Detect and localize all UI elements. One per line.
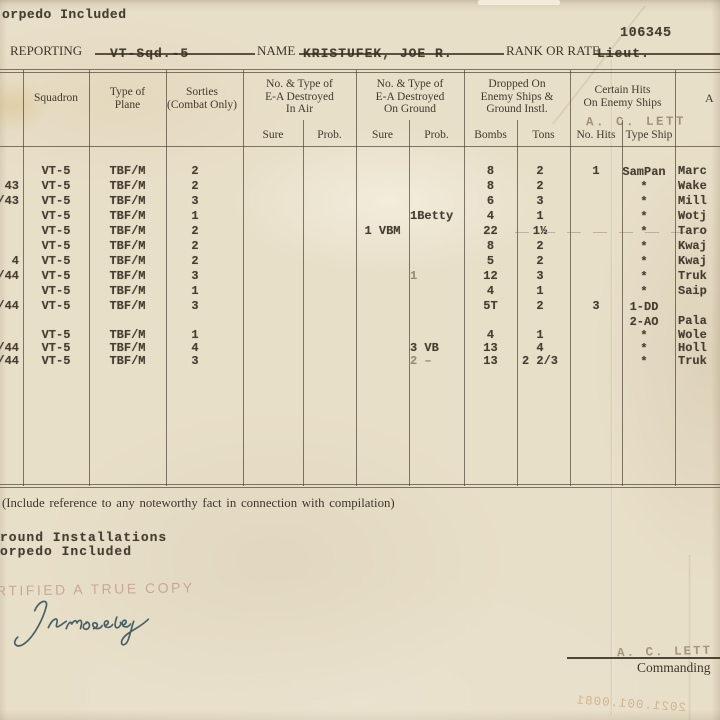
- cell-date: 0/43: [0, 195, 19, 208]
- officer-name-stamp-header: A. C. LETT: [586, 115, 686, 130]
- cell-ship: *: [620, 240, 668, 255]
- cell-area: Marc: [678, 165, 720, 178]
- subheader-sure-air: Sure: [243, 129, 303, 141]
- cell-area: Truk: [678, 270, 720, 283]
- cell-date: /44: [0, 300, 19, 313]
- col-header-ea-air: No. & Type of E-A Destroyed In Air: [243, 78, 356, 116]
- rank-label: RANK OR RATE: [506, 43, 600, 59]
- cell-ship: *: [620, 285, 668, 300]
- serial-number: 106345: [620, 26, 672, 41]
- table-row: 43VT-5TBF/M282*Wake: [0, 180, 720, 193]
- cell-squadron: VT-5: [23, 240, 89, 253]
- cell-grd_sure: 1 VBM: [356, 225, 409, 238]
- subheader-type-ship: Type Ship: [621, 129, 677, 141]
- cell-tons: 2 2/3: [510, 355, 570, 368]
- cell-plane: TBF/M: [89, 195, 166, 208]
- cell-tons: 1½: [510, 225, 570, 238]
- name-label: NAME: [257, 43, 295, 59]
- typed-note-torpedo-included: orpedo Included: [0, 544, 132, 559]
- cell-tons: 2: [510, 165, 570, 178]
- cell-squadron: VT-5: [23, 165, 89, 178]
- table-row: VT-5TBF/M282*Kwaj: [0, 240, 720, 253]
- cell-sorties: 3: [160, 270, 230, 283]
- cell-grd_prob: 2 –: [410, 355, 468, 368]
- form-line-segment: [95, 53, 255, 55]
- cell-plane: TBF/M: [89, 240, 166, 253]
- col-header-ea-ground: No. & Type of E-A Destroyed On Ground: [356, 78, 464, 116]
- cell-ship: *: [620, 270, 668, 285]
- table-row: 0/43VT-5TBF/M363*Mill: [0, 195, 720, 208]
- form-line-segment: [299, 53, 504, 55]
- cell-sorties: 2: [160, 180, 230, 193]
- col-header-dropped: Dropped On Enemy Ships & Ground Instl.: [464, 78, 570, 116]
- cell-squadron: VT-5: [23, 210, 89, 223]
- form-line-segment: [594, 53, 720, 55]
- col-header-sorties: Sorties (Combat Only): [161, 86, 243, 111]
- cell-squadron: VT-5: [23, 285, 89, 298]
- cell-sorties: 3: [160, 300, 230, 313]
- cell-date: 43: [0, 180, 19, 193]
- paper-stain: [0, 78, 50, 133]
- subheader-bombs: Bombs: [464, 129, 517, 141]
- commanding-label: Commanding: [637, 660, 711, 676]
- table-row: /44VT-5TBF/M31123*Truk: [0, 270, 720, 283]
- cell-squadron: VT-5: [23, 225, 89, 238]
- cell-plane: TBF/M: [89, 355, 166, 368]
- cell-squadron: VT-5: [23, 300, 89, 313]
- subheader-sure-ground: Sure: [356, 129, 409, 141]
- cell-plane: TBF/M: [89, 180, 166, 193]
- signature-rule-line: [567, 657, 720, 659]
- cell-tons: 2: [510, 180, 570, 193]
- paper-crease-vertical: [610, 60, 614, 715]
- cell-ship: SamPan: [620, 165, 668, 180]
- table-row: VT-5TBF/M141*Saip: [0, 285, 720, 298]
- table-rule: [0, 146, 720, 147]
- cell-sorties: 3: [160, 195, 230, 208]
- cell-squadron: VT-5: [23, 180, 89, 193]
- cell-tons: 2: [510, 300, 570, 313]
- cell-area: Taro: [678, 225, 720, 238]
- table-rule: [0, 487, 720, 488]
- cell-area: Mill: [678, 195, 720, 208]
- cell-area: Pala: [678, 315, 720, 328]
- subheader-no-hits: No. Hits: [570, 129, 622, 141]
- cell-ship: 1-DD2-AO: [620, 300, 668, 330]
- col-header-certain-hits: Certain Hits On Enemy Ships: [570, 84, 675, 109]
- cell-plane: TBF/M: [89, 210, 166, 223]
- cell-hits: 3: [570, 300, 622, 313]
- paper-torn-edge-highlight: [478, 0, 560, 5]
- top-partial-note: orpedo Included: [2, 7, 127, 22]
- cell-grd_prob: 1: [410, 270, 468, 283]
- scanned-combat-record-document: orpedo Included 106345 REPORTING VT-Sqd.…: [0, 0, 720, 720]
- cell-tons: 3: [510, 195, 570, 208]
- cell-plane: TBF/M: [89, 270, 166, 283]
- cell-area: Saip: [678, 285, 720, 298]
- cell-squadron: VT-5: [23, 355, 89, 368]
- table-row: VT-5TBF/M11Betty41*Wotj: [0, 210, 720, 223]
- subheader-prob-ground: Prob.: [409, 129, 464, 141]
- cell-squadron: VT-5: [23, 195, 89, 208]
- col-header-area-partial: A: [705, 92, 720, 105]
- subheader-prob-air: Prob.: [303, 129, 356, 141]
- table-rule: [0, 72, 720, 73]
- cell-area: Kwaj: [678, 255, 720, 268]
- table-row: /44VT-5TBF/M32 –132 2/3*Truk: [0, 355, 720, 368]
- cell-squadron: VT-5: [23, 255, 89, 268]
- cell-date: /44: [0, 270, 19, 283]
- cell-plane: TBF/M: [89, 225, 166, 238]
- table-row: 4VT-5TBF/M252*Kwaj: [0, 255, 720, 268]
- cell-area: Truk: [678, 355, 720, 368]
- paper-crease-vertical-2: [688, 555, 691, 720]
- cell-sorties: 3: [160, 355, 230, 368]
- signature: [2, 596, 160, 654]
- cell-sorties: 1: [160, 210, 230, 223]
- cell-squadron: VT-5: [23, 270, 89, 283]
- cell-plane: TBF/M: [89, 285, 166, 298]
- cell-sorties: 2: [160, 165, 230, 178]
- table-row: VT-5TBF/M2821SamPanMarc: [0, 165, 720, 178]
- cell-ship: *: [620, 210, 668, 225]
- subheader-tons: Tons: [517, 129, 570, 141]
- table-row: /44VT-5TBF/M35T231-DD2-AOPala: [0, 300, 720, 313]
- cell-area: Wake: [678, 180, 720, 193]
- signature-scribble: [2, 596, 160, 654]
- cell-ship: *: [620, 180, 668, 195]
- cell-plane: TBF/M: [89, 255, 166, 268]
- cell-sorties: 1: [160, 285, 230, 298]
- compilation-note: (Include reference to any noteworthy fac…: [2, 496, 395, 511]
- table-row: VT-5TBF/M21 VBM221½*Taro: [0, 225, 720, 238]
- cell-date: 4: [0, 255, 19, 268]
- table-row: VT-5TBF/M141*Wole: [0, 329, 720, 342]
- typed-note-ground-installations: round Installations: [0, 530, 167, 545]
- cell-tons: 1: [510, 210, 570, 223]
- cell-ship: *: [620, 255, 668, 270]
- cell-tons: 2: [510, 240, 570, 253]
- cell-ship: *: [620, 225, 668, 240]
- table-rule: [0, 69, 720, 70]
- col-header-plane: Type of Plane: [89, 86, 166, 111]
- cell-ship: *: [620, 355, 668, 370]
- cell-sorties: 2: [160, 255, 230, 268]
- cell-tons: 3: [510, 270, 570, 283]
- cell-area: Kwaj: [678, 240, 720, 253]
- cell-grd_prob: 1Betty: [410, 210, 468, 223]
- cell-hits: 1: [570, 165, 622, 178]
- accession-number-bleedthrough: 2021.001.0081: [566, 693, 687, 715]
- cell-sorties: 2: [160, 225, 230, 238]
- reporting-label: REPORTING: [10, 43, 82, 59]
- cell-tons: 2: [510, 255, 570, 268]
- cell-area: Wotj: [678, 210, 720, 223]
- col-header-squadron: Squadron: [23, 92, 89, 105]
- cell-tons: 1: [510, 285, 570, 298]
- cell-plane: TBF/M: [89, 300, 166, 313]
- table-rule: [0, 484, 720, 485]
- cell-date: /44: [0, 355, 19, 368]
- table-row: /44VT-5TBF/M43 VB134*Holl: [0, 342, 720, 355]
- cell-plane: TBF/M: [89, 165, 166, 178]
- cell-sorties: 2: [160, 240, 230, 253]
- cell-ship: *: [620, 195, 668, 210]
